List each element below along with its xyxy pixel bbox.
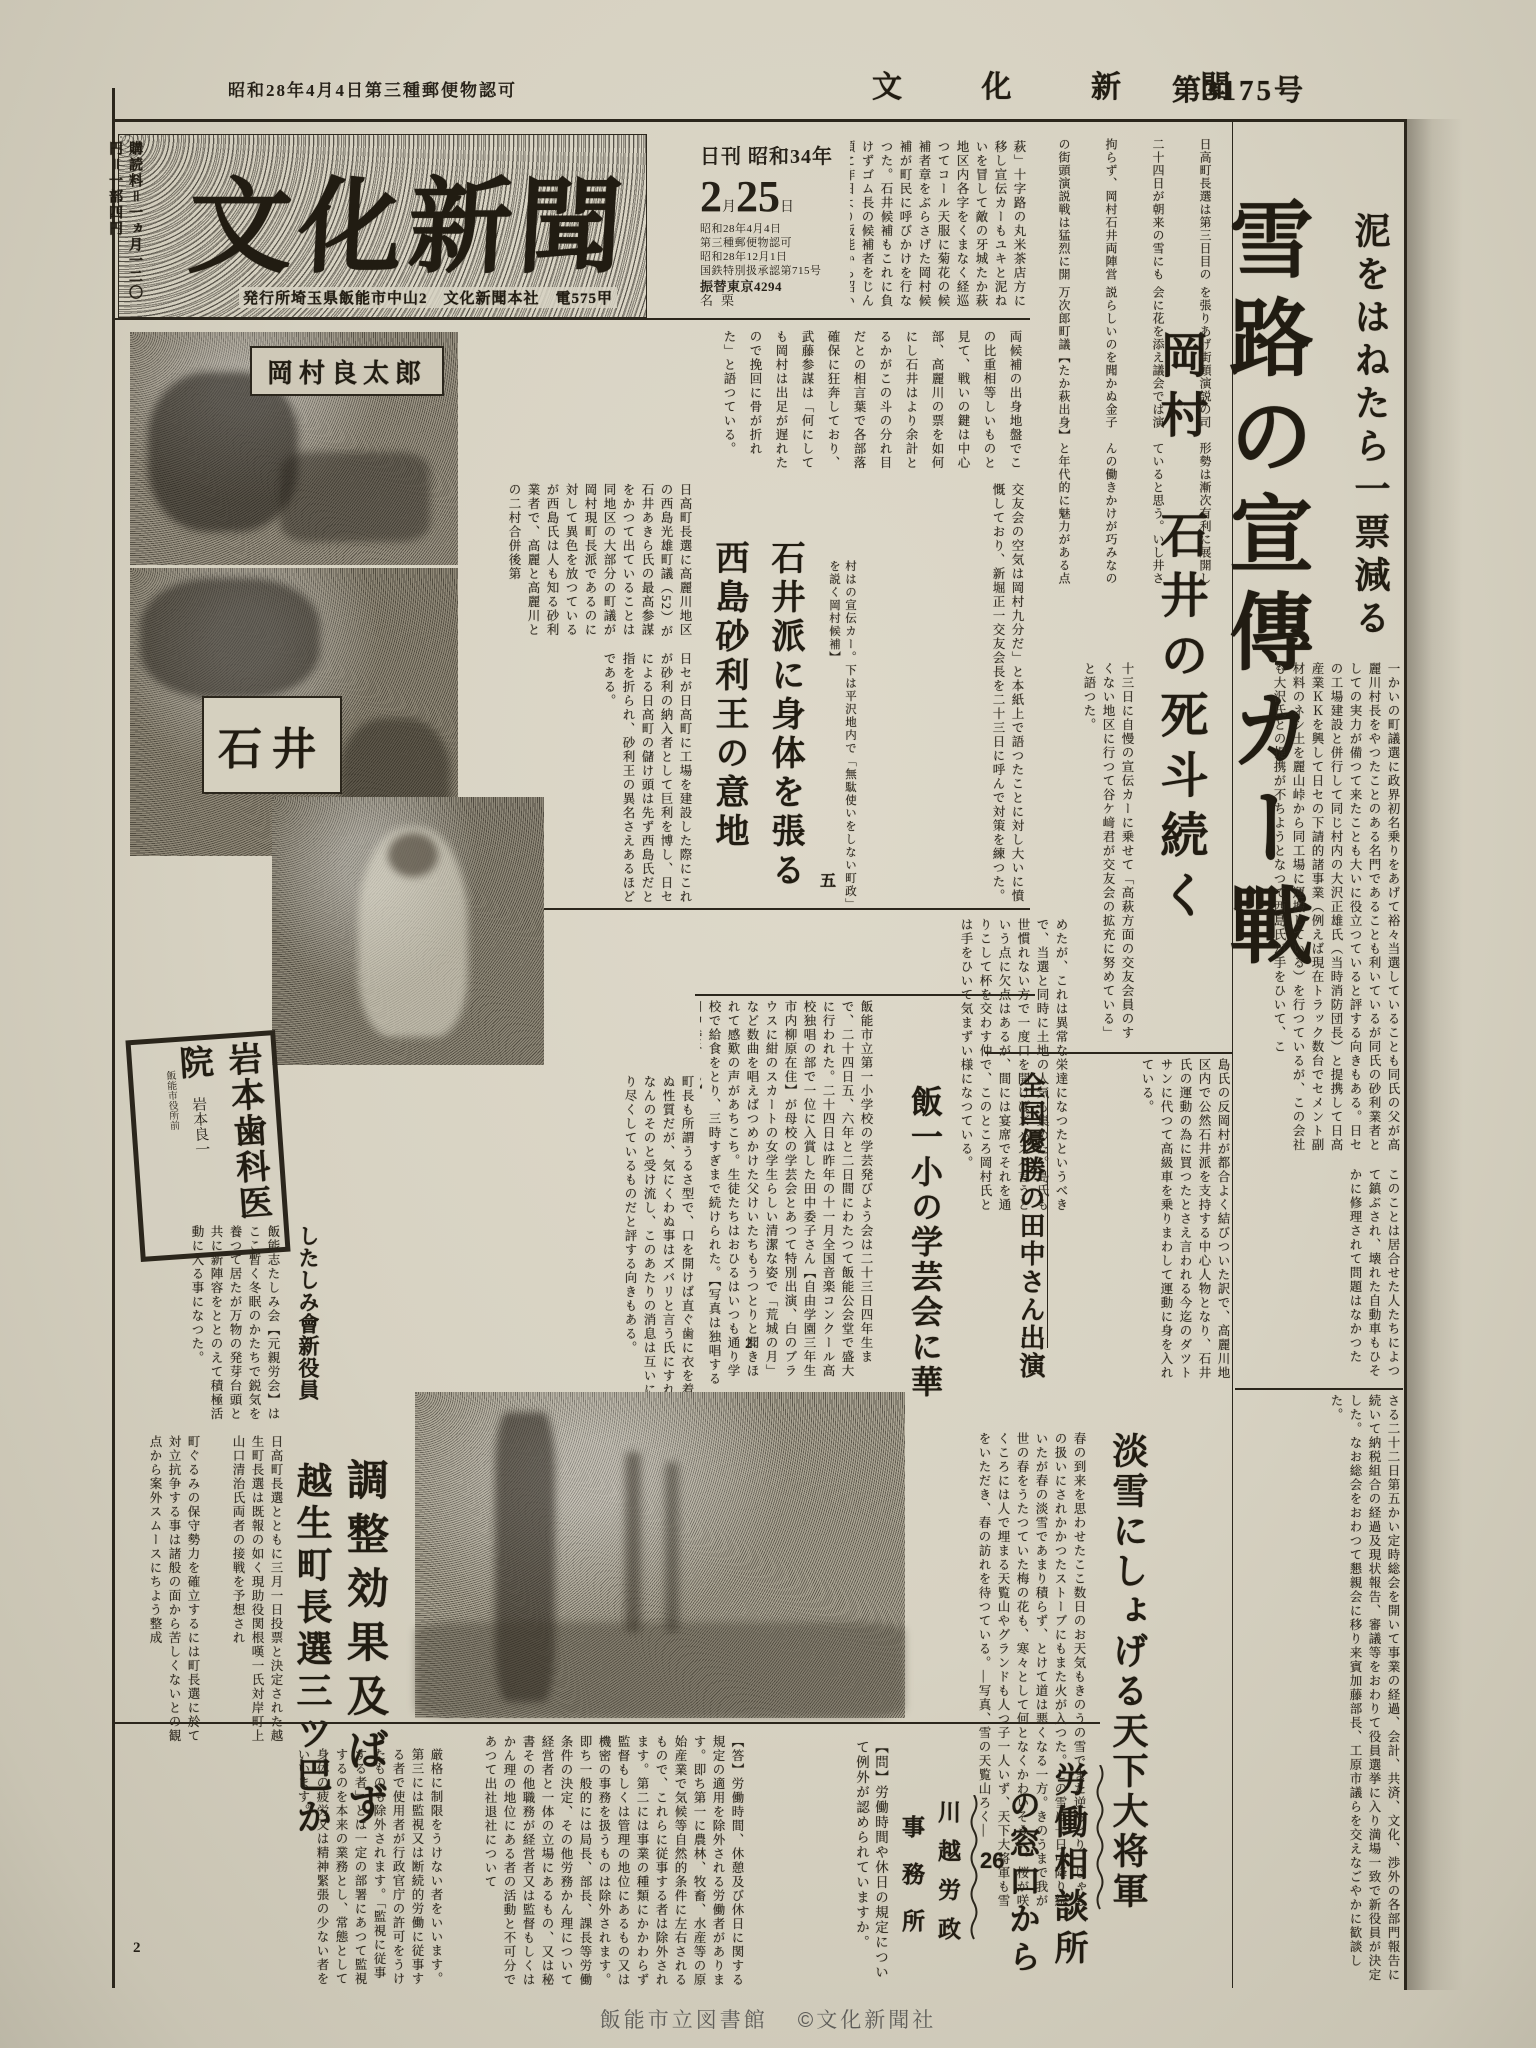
section-divider-5 — [115, 1722, 1100, 1724]
nishijima-right-col-3: 島氏の反岡村が都合よく結びついた訳で、高麗川地区内で公然石井派を支持する中心人物… — [1062, 1058, 1232, 1384]
truck-sign-ishii: 石井 — [218, 713, 326, 777]
footer-library: 飯能市立図書館 — [600, 2009, 768, 2032]
singer-photo — [272, 797, 544, 1065]
date-month-num: 2 — [700, 172, 722, 221]
gakugeikai-page-num: 2 — [745, 1336, 753, 1353]
masthead-box: 購読料＝一ヵ月一二〇円＝一部四円 文化新聞 発行所埼玉県飯能市中山2 文化新聞本… — [118, 134, 647, 318]
footer-copyright: ©文化新聞社 — [798, 2009, 936, 2032]
area-note: 名栗 — [700, 294, 850, 308]
gakugeikai-kicker: 全国優勝の田中さん出演 — [988, 1072, 1050, 1384]
lead-body-6: 交友会の空気は岡村九分だ」と本紙上で語つたことに対し大いに憤慨しており、新堀正一… — [862, 483, 1026, 903]
wavy-bracket-icon — [1094, 1765, 1106, 1915]
roudou-office-1: 川越労政 — [928, 1800, 964, 1970]
masthead-underline — [115, 318, 1030, 320]
gakugeikai-body: 飯能市立第一小学校の学芸発びよう会は二十三日四年生まで、二十四日五、六年と二日間… — [700, 1000, 875, 1388]
roudou-question: 【問】労働時間や休日の規定について例外が認められていますか。 — [748, 1740, 890, 1988]
shitashimi-headline: したしみ會新役員 — [287, 1225, 323, 1405]
sokai-body: さる二十二日第五かい定時総会を開いて事業の経過、会計、共済、文化、渉外の各部門報… — [1238, 1394, 1402, 1988]
nishijima-right-col-2: このことは居合せた人たちによつて鎮ぶされ、壊れた自動車もひそかに修理されて問題は… — [1238, 1168, 1402, 1384]
left-border — [112, 88, 115, 1988]
daily-label: 日刊 — [700, 146, 742, 168]
roudou-office-2: 事務所 — [894, 1815, 928, 1965]
shitashimi-body: 飯能志たしみ会【元親労会】はここ暫く冬眠のかたちで鋭気を養つて居たが万物の発芽台… — [148, 1225, 282, 1433]
roudou-answer-2: 厳格に制限をうけない者をいいます。第三には監視又は断続的労働に従事する者で使用者… — [150, 1748, 445, 1990]
gakugeikai-headline: 飯一小の学芸会に華 — [876, 1085, 948, 1409]
nishijima-body-1: 日高町長選に高麗川地区の西島光雄町議（52）が石井あきら氏の最高参謀をかつて出て… — [462, 483, 694, 648]
lead-body-1: 日高町長選は第三日目の二十四日が朝来の雪にも拘らず、岡村石井両陣営の街頭演説戦は… — [1034, 138, 1228, 282]
chousei-body-2: 町ぐるみの保守勢力を確立するには町長選に於て対立抗争する事は諸般の面から苦しくな… — [120, 1435, 202, 1743]
page-number-left: 2 — [133, 1940, 141, 1957]
nishijima-body-4: 町長も所謂うるさ型で、口を開けば直ぐ歯に衣を着せぬ性質だが、気にくわぬ事はズバリ… — [300, 1075, 696, 1423]
lead-kicker: 泥をはねたら一票減る — [1326, 212, 1396, 657]
permit-note: 昭和28年12月1日 — [700, 250, 850, 264]
publisher-line: 発行所埼玉県飯能市中山2 文化新聞本社 電575甲 — [239, 287, 617, 308]
date-month-label: 月 — [722, 200, 736, 215]
lead-body-3: を張りあげ街頭演説の司会に花を添え議会では演説らしいのを聞かぬ金子万次郎町議【た… — [1034, 286, 1228, 436]
roudou-series-no: 26 — [980, 1848, 1004, 1874]
snow-scene-photo — [415, 1392, 905, 1718]
truck-sign-okamura: 岡村良太郎 — [267, 353, 427, 390]
date-block: 日刊 昭和34年 2月25日 昭和28年4月4日 第三種郵便物認可 昭和28年1… — [700, 140, 850, 318]
newspaper-page: 昭和28年4月4日第三種郵便物認可 文 化 新 聞 第3175号 購読料＝一ヵ月… — [0, 0, 1536, 2048]
masthead-logo: 文化新聞 — [185, 143, 633, 293]
campaign-truck-photo: 岡村良太郎 — [130, 332, 458, 565]
permit-note: 昭和28年4月4日 — [700, 222, 850, 236]
issue-number: 第3175号 — [1172, 68, 1306, 109]
section-divider-3 — [985, 1052, 1233, 1054]
top-border — [115, 119, 1407, 122]
caption-mark: 五 — [820, 868, 836, 891]
torn-right-edge — [1407, 119, 1463, 1990]
date-day-label: 日 — [780, 200, 794, 215]
permit-note: 第三種郵便物認可 — [700, 236, 850, 250]
lead-body-2: 萩」十字路の丸米茶店方に移し宣伝カーもユキと泥ねいを冒して敵の牙城たか萩地区内各… — [850, 140, 1028, 316]
section-divider-1 — [460, 908, 1030, 910]
chousei-body-1: 日高町長選とともに三月一日投票と決定された越生町長選は既報の如く現助役関根嘆一氏… — [205, 1435, 285, 1743]
section-divider-4 — [1235, 1388, 1403, 1390]
postal-transfer: 振替東京4294 — [700, 280, 850, 294]
date-day-num: 25 — [736, 172, 780, 221]
wavy-bracket-icon — [968, 1795, 980, 1945]
permit-note: 国鉄特別扱承認第715号 — [700, 264, 850, 278]
lead-body-7: 両候補の出身地盤でこの比重相等しいものと見て、戦いの鍵は中心部、高麗川の票を如何… — [462, 330, 1028, 477]
roudou-answer-1: 【答】労働時間、休憩及び休日に関する規定の適用を除外される労働者があります。即ち… — [450, 1735, 746, 1991]
lead-body-4: 形勢は漸次有利に展開していると思う。いし井さんの働きかけが巧みなのと年代的に魅力… — [1034, 442, 1228, 590]
subscription-rate: 購読料＝一ヵ月一二〇円＝一部四円 — [104, 141, 144, 311]
roudou-series-title: 労働相談所 — [1048, 1762, 1092, 1982]
permit-notice: 昭和28年4月4日第三種郵便物認可 — [228, 76, 517, 101]
nishijima-right-col-1: 一かいの町議選に政界初名乗りをあげて裕々当選していることも同氏の父が高麗川村長を… — [1238, 662, 1402, 1162]
section-divider-2 — [695, 994, 1035, 996]
roudou-series-title-2: の窓口から — [1004, 1788, 1046, 2000]
footer: 飯能市立図書館 ©文化新聞社 — [0, 2004, 1536, 2034]
photo-caption: 村はの宣伝カー。下は平沢地内で「無駄使いをしない町政」を説く岡村候補】 — [816, 560, 858, 908]
nishijima-headline: 石井派に身体を張る西島砂利王の意地 — [700, 540, 812, 902]
era-year: 昭和34年 — [748, 146, 833, 168]
